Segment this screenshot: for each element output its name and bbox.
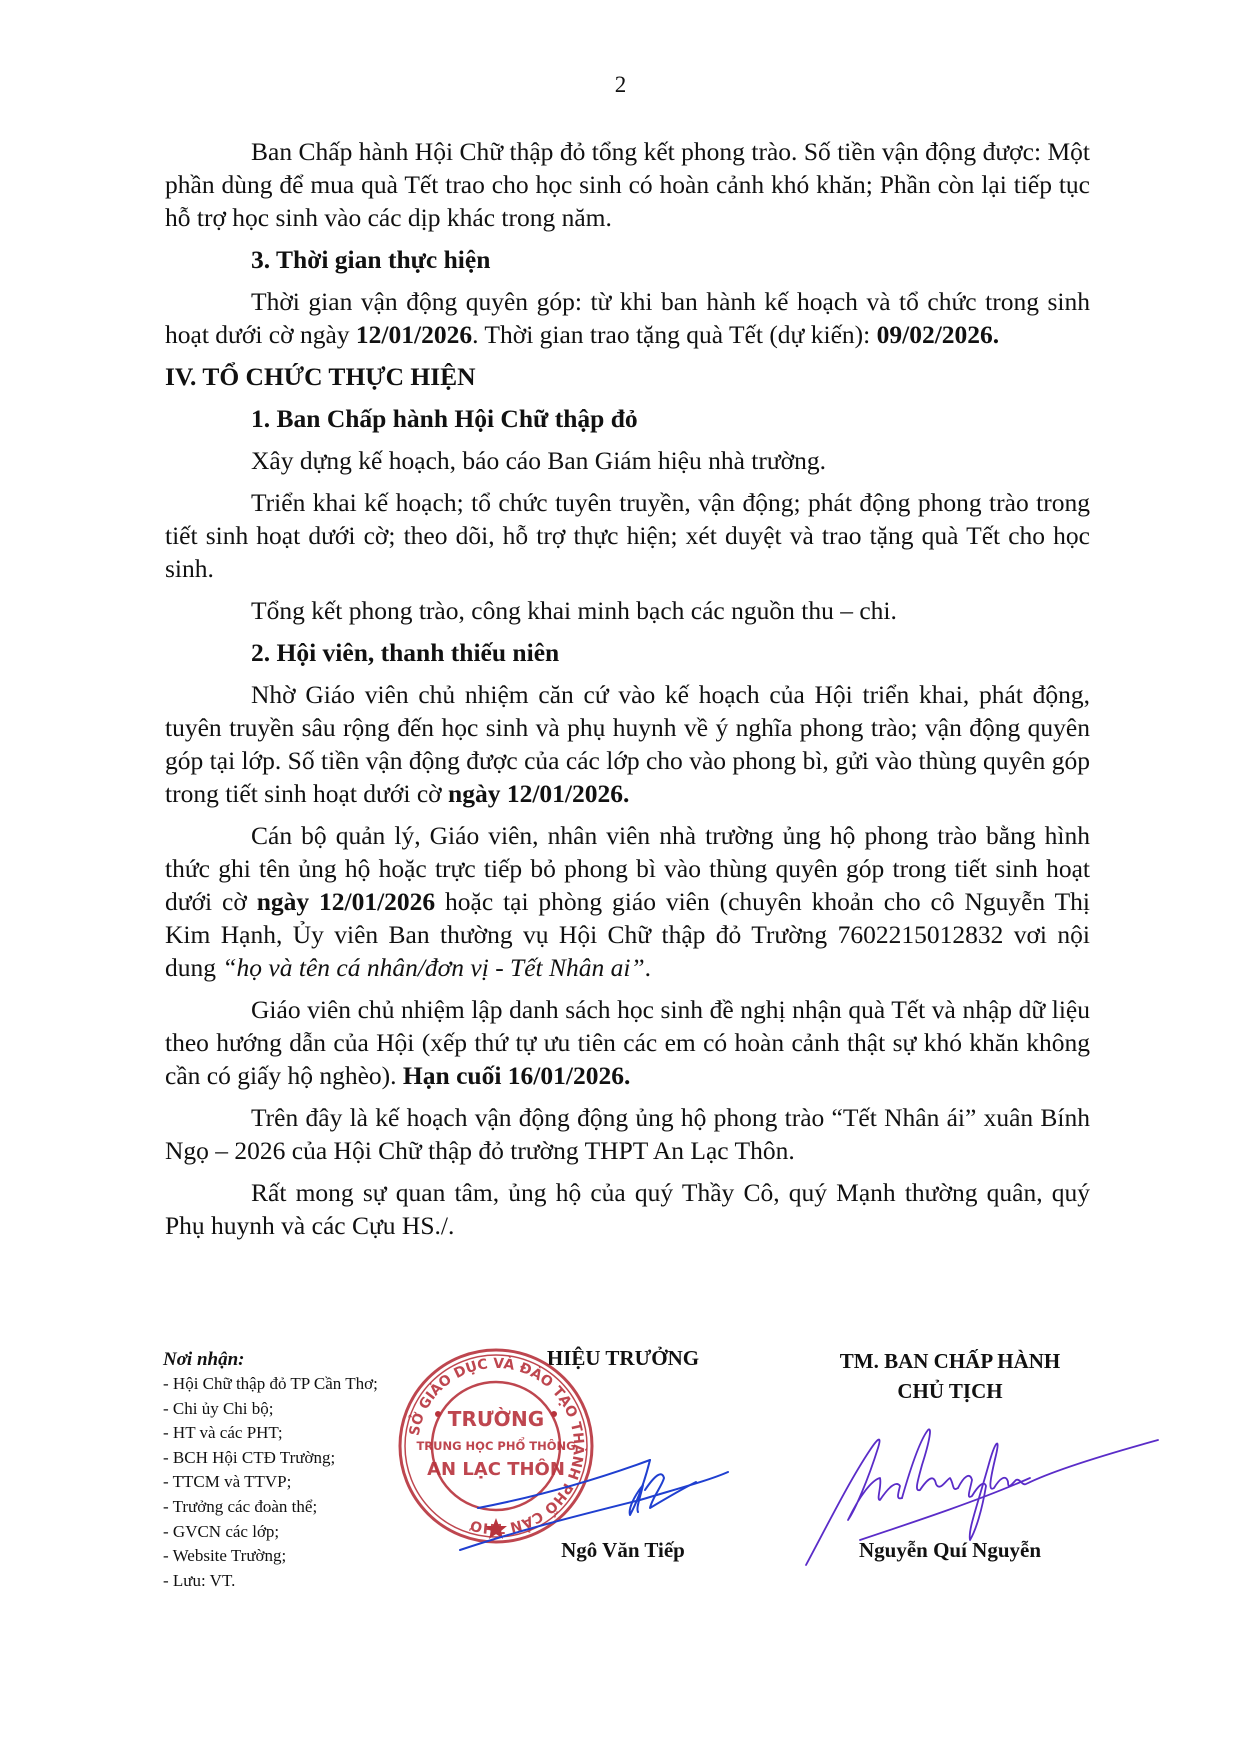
transfer-note: “họ và tên cá nhân/đơn vị - Tết Nhân ai” xyxy=(222,953,644,982)
text: . Thời gian trao tặng quà Tết (dự kiến): xyxy=(472,320,877,349)
heading-members: 2. Hội viên, thanh thiếu niên xyxy=(165,636,1090,669)
recipient-item: - TTCM và TTVP; xyxy=(163,1470,378,1495)
deadline-bold: Hạn cuối 16/01/2026. xyxy=(403,1061,630,1090)
heading-timeline: 3. Thời gian thực hiện xyxy=(165,243,1090,276)
heading-executive-committee: 1. Ban Chấp hành Hội Chữ thập đỏ xyxy=(165,402,1090,435)
chair-signature-icon xyxy=(800,1400,1160,1570)
paragraph-plan: Xây dựng kế hoạch, báo cáo Ban Giám hiệu… xyxy=(165,444,1090,477)
paragraph-summary: Ban Chấp hành Hội Chữ thập đỏ tổng kết p… xyxy=(165,135,1090,234)
recipient-item: - Website Trường; xyxy=(163,1544,378,1569)
chair-title-line1: TM. BAN CHẤP HÀNH xyxy=(800,1346,1100,1376)
paragraph-appeal: Rất mong sự quan tâm, ủng hộ của quý Thầ… xyxy=(165,1176,1090,1242)
page-number: 2 xyxy=(0,72,1241,98)
paragraph-staff: Cán bộ quản lý, Giáo viên, nhân viên nhà… xyxy=(165,819,1090,984)
recipient-item: - Chi ủy Chi bộ; xyxy=(163,1397,378,1422)
text: . xyxy=(645,953,651,982)
date-bold: ngày 12/01/2026 xyxy=(257,887,435,916)
principal-signature-icon xyxy=(440,1390,730,1560)
date-bold: 09/02/2026. xyxy=(877,320,1000,349)
paragraph-report: Tổng kết phong trào, công khai minh bạch… xyxy=(165,594,1090,627)
date-bold: ngày 12/01/2026. xyxy=(448,779,629,808)
paragraph-timeline: Thời gian vận động quyên góp: từ khi ban… xyxy=(165,285,1090,351)
recipient-item: - Trưởng các đoàn thể; xyxy=(163,1495,378,1520)
heading-section-iv: IV. TỔ CHỨC THỰC HIỆN xyxy=(165,360,1090,393)
recipient-item: - Hội Chữ thập đỏ TP Cần Thơ; xyxy=(163,1372,378,1397)
recipients-title: Nơi nhận: xyxy=(163,1348,378,1372)
recipients-list: Nơi nhận: - Hội Chữ thập đỏ TP Cần Thơ; … xyxy=(163,1348,378,1593)
paragraph-homeroom: Nhờ Giáo viên chủ nhiệm căn cứ vào kế ho… xyxy=(165,678,1090,810)
paragraph-deploy: Triển khai kế hoạch; tổ chức tuyên truyề… xyxy=(165,486,1090,585)
recipient-item: - GVCN các lớp; xyxy=(163,1520,378,1545)
date-bold: 12/01/2026 xyxy=(356,320,472,349)
chair-signature-block: TM. BAN CHẤP HÀNH CHỦ TỊCH Nguyễn Quí Ng… xyxy=(800,1346,1100,1406)
recipient-item: - HT và các PHT; xyxy=(163,1421,378,1446)
recipient-item: - BCH Hội CTĐ Trường; xyxy=(163,1446,378,1471)
document-body: Ban Chấp hành Hội Chữ thập đỏ tổng kết p… xyxy=(165,135,1090,1251)
paragraph-list: Giáo viên chủ nhiệm lập danh sách học si… xyxy=(165,993,1090,1092)
recipient-item: - Lưu: VT. xyxy=(163,1569,378,1594)
paragraph-closing: Trên đây là kế hoạch vận động động ủng h… xyxy=(165,1101,1090,1167)
